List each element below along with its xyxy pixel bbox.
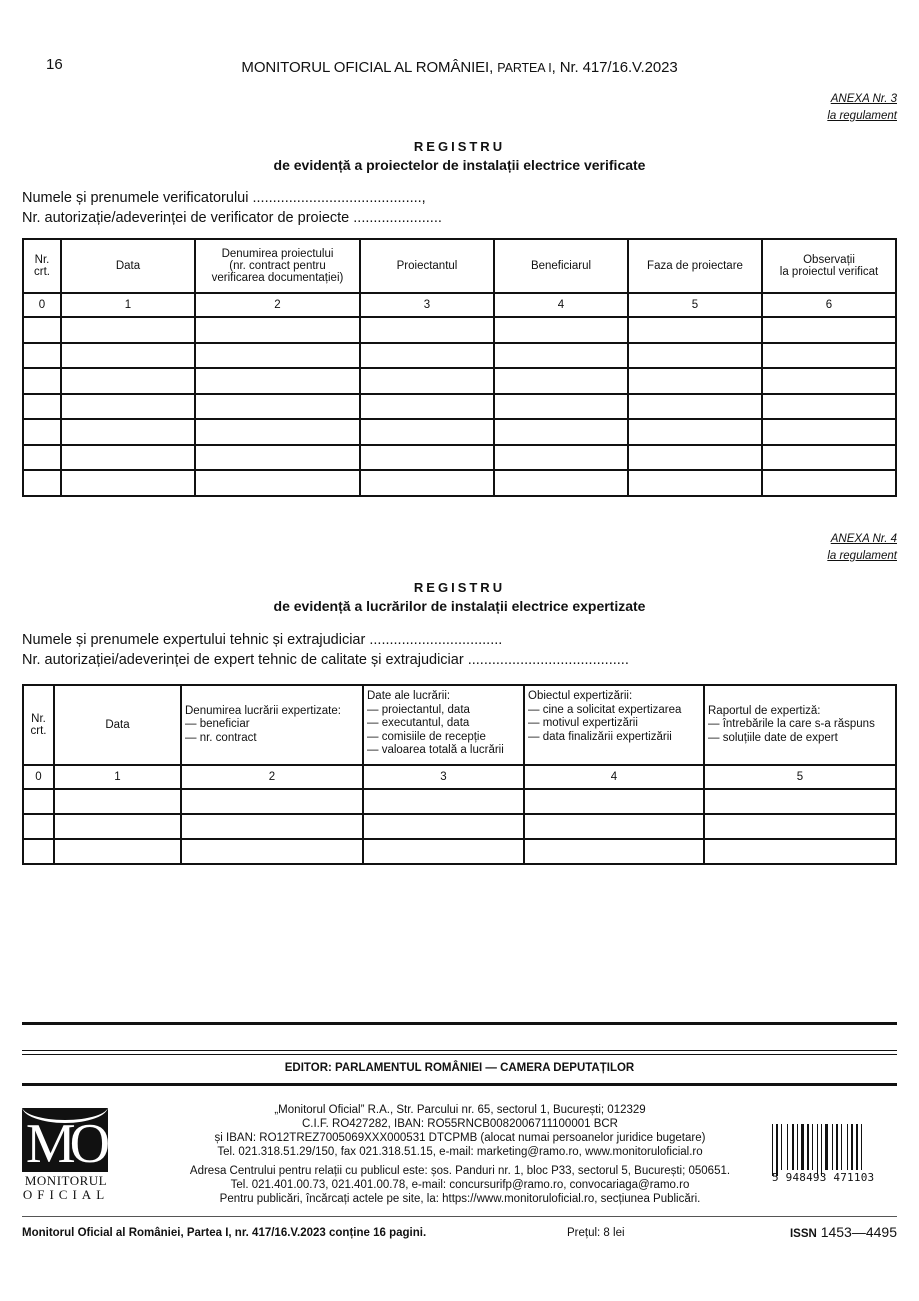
empty-cell[interactable] [23, 343, 61, 369]
column-header: Raportul de expertiză:— întrebările la c… [704, 685, 896, 765]
annex-4-subtitle: de evidență a lucrărilor de instalații e… [0, 598, 919, 614]
column-header: Data [61, 239, 195, 293]
editor-line: EDITOR: PARLAMENTUL ROMÂNIEI — CAMERA DE… [0, 1062, 919, 1074]
divider-thin-1 [22, 1050, 897, 1051]
empty-cell[interactable] [363, 839, 524, 864]
monitorul-oficial-logo: MO MONITORUL OFICIAL [22, 1108, 110, 1202]
annex-3-subtitle: de evidență a proiectelor de instalații … [0, 157, 919, 173]
empty-cell[interactable] [494, 394, 628, 420]
column-header: Date ale lucrării:— proiectantul, data— … [363, 685, 524, 765]
issn-label: ISSN [790, 1228, 817, 1240]
empty-cell[interactable] [762, 317, 896, 343]
column-number: 5 [628, 293, 762, 317]
register-table-expertise: Nr.crt.DataDenumirea lucrării expertizat… [22, 684, 897, 865]
column-number: 3 [360, 293, 494, 317]
empty-cell[interactable] [363, 814, 524, 839]
empty-cell[interactable] [360, 470, 494, 496]
logo-text-line-2: OFICIAL [22, 1188, 110, 1202]
empty-cell[interactable] [360, 445, 494, 471]
empty-cell[interactable] [360, 419, 494, 445]
table-row [23, 789, 896, 814]
divider-thin-2 [22, 1054, 897, 1055]
empty-cell[interactable] [195, 394, 360, 420]
empty-cell[interactable] [61, 445, 195, 471]
table-row [23, 470, 896, 496]
register-table-projects: Nr.crt.DataDenumirea proiectului(nr. con… [22, 238, 897, 497]
empty-cell[interactable] [195, 445, 360, 471]
annex-3-ref: la regulament [827, 108, 897, 125]
empty-cell[interactable] [494, 470, 628, 496]
header-row: Nr.crt.DataDenumirea lucrării expertizat… [23, 685, 896, 765]
annex-4-number: ANEXA Nr. 4 [827, 531, 897, 548]
annex-3-number: ANEXA Nr. 3 [827, 91, 897, 108]
column-number: 0 [23, 293, 61, 317]
column-number: 3 [363, 765, 524, 789]
column-header: Beneficiarul [494, 239, 628, 293]
empty-cell[interactable] [704, 839, 896, 864]
table-row [23, 445, 896, 471]
column-number: 6 [762, 293, 896, 317]
empty-cell[interactable] [195, 368, 360, 394]
column-number: 2 [195, 293, 360, 317]
empty-cell[interactable] [23, 789, 54, 814]
annex-4-title: REGISTRU [0, 580, 919, 595]
empty-cell[interactable] [61, 368, 195, 394]
journal-part: PARTEA I [497, 61, 551, 75]
column-number: 4 [524, 765, 704, 789]
column-number-row: 0123456 [23, 293, 896, 317]
empty-cell[interactable] [61, 470, 195, 496]
empty-cell[interactable] [54, 839, 181, 864]
table-row [23, 839, 896, 864]
column-header: Denumirea proiectului(nr. contract pentr… [195, 239, 360, 293]
empty-cell[interactable] [360, 394, 494, 420]
empty-cell[interactable] [195, 317, 360, 343]
logo-text-line-1: MONITORUL [22, 1174, 110, 1188]
column-number: 4 [494, 293, 628, 317]
empty-cell[interactable] [524, 814, 704, 839]
empty-cell[interactable] [762, 419, 896, 445]
empty-cell[interactable] [195, 343, 360, 369]
issn-value: 1453—4495 [817, 1224, 897, 1240]
barcode-bars-icon [772, 1124, 882, 1170]
column-header: Proiectantul [360, 239, 494, 293]
running-head: MONITORUL OFICIAL AL ROMÂNIEI, PARTEA I,… [0, 59, 919, 76]
empty-cell[interactable] [23, 470, 61, 496]
empty-cell[interactable] [54, 789, 181, 814]
empty-cell[interactable] [61, 343, 195, 369]
empty-cell[interactable] [23, 814, 54, 839]
publisher-line: „Monitorul Oficial” R.A., Str. Parcului … [130, 1103, 790, 1117]
empty-cell[interactable] [704, 789, 896, 814]
header-row: Nr.crt.DataDenumirea proiectului(nr. con… [23, 239, 896, 293]
empty-cell[interactable] [762, 445, 896, 471]
annex-3-fill-lines: Numele și prenumele verificatorului ....… [22, 188, 442, 228]
table-row [23, 814, 896, 839]
annex-4-ref: la regulament [827, 548, 897, 565]
column-header: Obiectul expertizării:— cine a solicitat… [524, 685, 704, 765]
column-number: 2 [181, 765, 363, 789]
column-header: Faza de proiectare [628, 239, 762, 293]
annex-3-label: ANEXA Nr. 3 la regulament [827, 91, 897, 125]
column-number: 5 [704, 765, 896, 789]
table-row [23, 317, 896, 343]
empty-cell[interactable] [628, 368, 762, 394]
empty-cell[interactable] [360, 343, 494, 369]
empty-cell[interactable] [494, 368, 628, 394]
pr-line: Tel. 021.401.00.73, 021.401.00.78, e-mai… [130, 1178, 790, 1192]
empty-cell[interactable] [61, 394, 195, 420]
publisher-info: „Monitorul Oficial” R.A., Str. Parcului … [130, 1103, 790, 1159]
column-header: Nr.crt. [23, 239, 61, 293]
empty-cell[interactable] [23, 394, 61, 420]
column-number: 0 [23, 765, 54, 789]
empty-cell[interactable] [23, 317, 61, 343]
empty-cell[interactable] [23, 839, 54, 864]
annex-3-title: REGISTRU [0, 139, 919, 154]
empty-cell[interactable] [181, 814, 363, 839]
column-number-row: 012345 [23, 765, 896, 789]
footer-issn: ISSN 1453—4495 [790, 1224, 897, 1240]
empty-cell[interactable] [628, 394, 762, 420]
empty-cell[interactable] [704, 814, 896, 839]
journal-issue: , Nr. 417/16.V.2023 [552, 59, 678, 76]
barcode: 5 948493 471103 [772, 1124, 882, 1184]
annex-4-label: ANEXA Nr. 4 la regulament [827, 531, 897, 565]
column-number: 1 [54, 765, 181, 789]
empty-cell[interactable] [195, 470, 360, 496]
empty-cell[interactable] [628, 317, 762, 343]
empty-cell[interactable] [61, 317, 195, 343]
empty-cell[interactable] [54, 814, 181, 839]
empty-cell[interactable] [181, 789, 363, 814]
empty-cell[interactable] [23, 368, 61, 394]
empty-cell[interactable] [762, 368, 896, 394]
empty-cell[interactable] [494, 419, 628, 445]
barcode-number: 5 948493 471103 [772, 1171, 882, 1184]
pr-line: Adresa Centrului pentru relații cu publi… [130, 1164, 790, 1178]
empty-cell[interactable] [181, 839, 363, 864]
empty-cell[interactable] [524, 839, 704, 864]
publisher-line: C.I.F. RO427282, IBAN: RO55RNCB008200671… [130, 1117, 790, 1131]
empty-cell[interactable] [494, 317, 628, 343]
empty-cell[interactable] [360, 317, 494, 343]
column-header: Data [54, 685, 181, 765]
empty-cell[interactable] [762, 470, 896, 496]
empty-cell[interactable] [524, 789, 704, 814]
table-row [23, 419, 896, 445]
empty-cell[interactable] [23, 419, 61, 445]
empty-cell[interactable] [762, 343, 896, 369]
expert-authorization-line: Nr. autorizației/adeverinței de expert t… [22, 650, 629, 670]
publisher-line: Tel. 021.318.51.29/150, fax 021.318.51.1… [130, 1145, 790, 1159]
footer-issue-info: Monitorul Oficial al României, Partea I,… [22, 1227, 426, 1239]
empty-cell[interactable] [195, 419, 360, 445]
journal-name: MONITORUL OFICIAL AL ROMÂNIEI, [241, 59, 497, 76]
empty-cell[interactable] [628, 419, 762, 445]
empty-cell[interactable] [494, 445, 628, 471]
empty-cell[interactable] [61, 419, 195, 445]
divider-thick-2 [22, 1083, 897, 1086]
verifier-authorization-line: Nr. autorizație/adeverinței de verificat… [22, 208, 442, 228]
column-number: 1 [61, 293, 195, 317]
empty-cell[interactable] [363, 789, 524, 814]
empty-cell[interactable] [628, 445, 762, 471]
table-row [23, 368, 896, 394]
expert-name-line: Numele și prenumele expertului tehnic și… [22, 630, 629, 650]
annex-4-fill-lines: Numele și prenumele expertului tehnic și… [22, 630, 629, 670]
empty-cell[interactable] [360, 368, 494, 394]
empty-cell[interactable] [628, 470, 762, 496]
logo-mark-icon: MO [22, 1108, 108, 1172]
empty-cell[interactable] [23, 445, 61, 471]
verifier-name-line: Numele și prenumele verificatorului ....… [22, 188, 442, 208]
footer-price: Prețul: 8 lei [567, 1227, 625, 1239]
public-relations-info: Adresa Centrului pentru relații cu publi… [130, 1164, 790, 1206]
table-row [23, 343, 896, 369]
empty-cell[interactable] [762, 394, 896, 420]
table-row [23, 394, 896, 420]
column-header: Nr.crt. [23, 685, 54, 765]
footer-divider [22, 1216, 897, 1217]
divider-thick [22, 1022, 897, 1025]
empty-cell[interactable] [628, 343, 762, 369]
pr-line: Pentru publicări, încărcați actele pe si… [130, 1192, 790, 1206]
logo-letters: MO [22, 1114, 108, 1172]
empty-cell[interactable] [494, 343, 628, 369]
column-header: Observațiila proiectul verificat [762, 239, 896, 293]
publisher-line: și IBAN: RO12TREZ7005069XXX000531 DTCPMB… [130, 1131, 790, 1145]
column-header: Denumirea lucrării expertizate:— benefic… [181, 685, 363, 765]
